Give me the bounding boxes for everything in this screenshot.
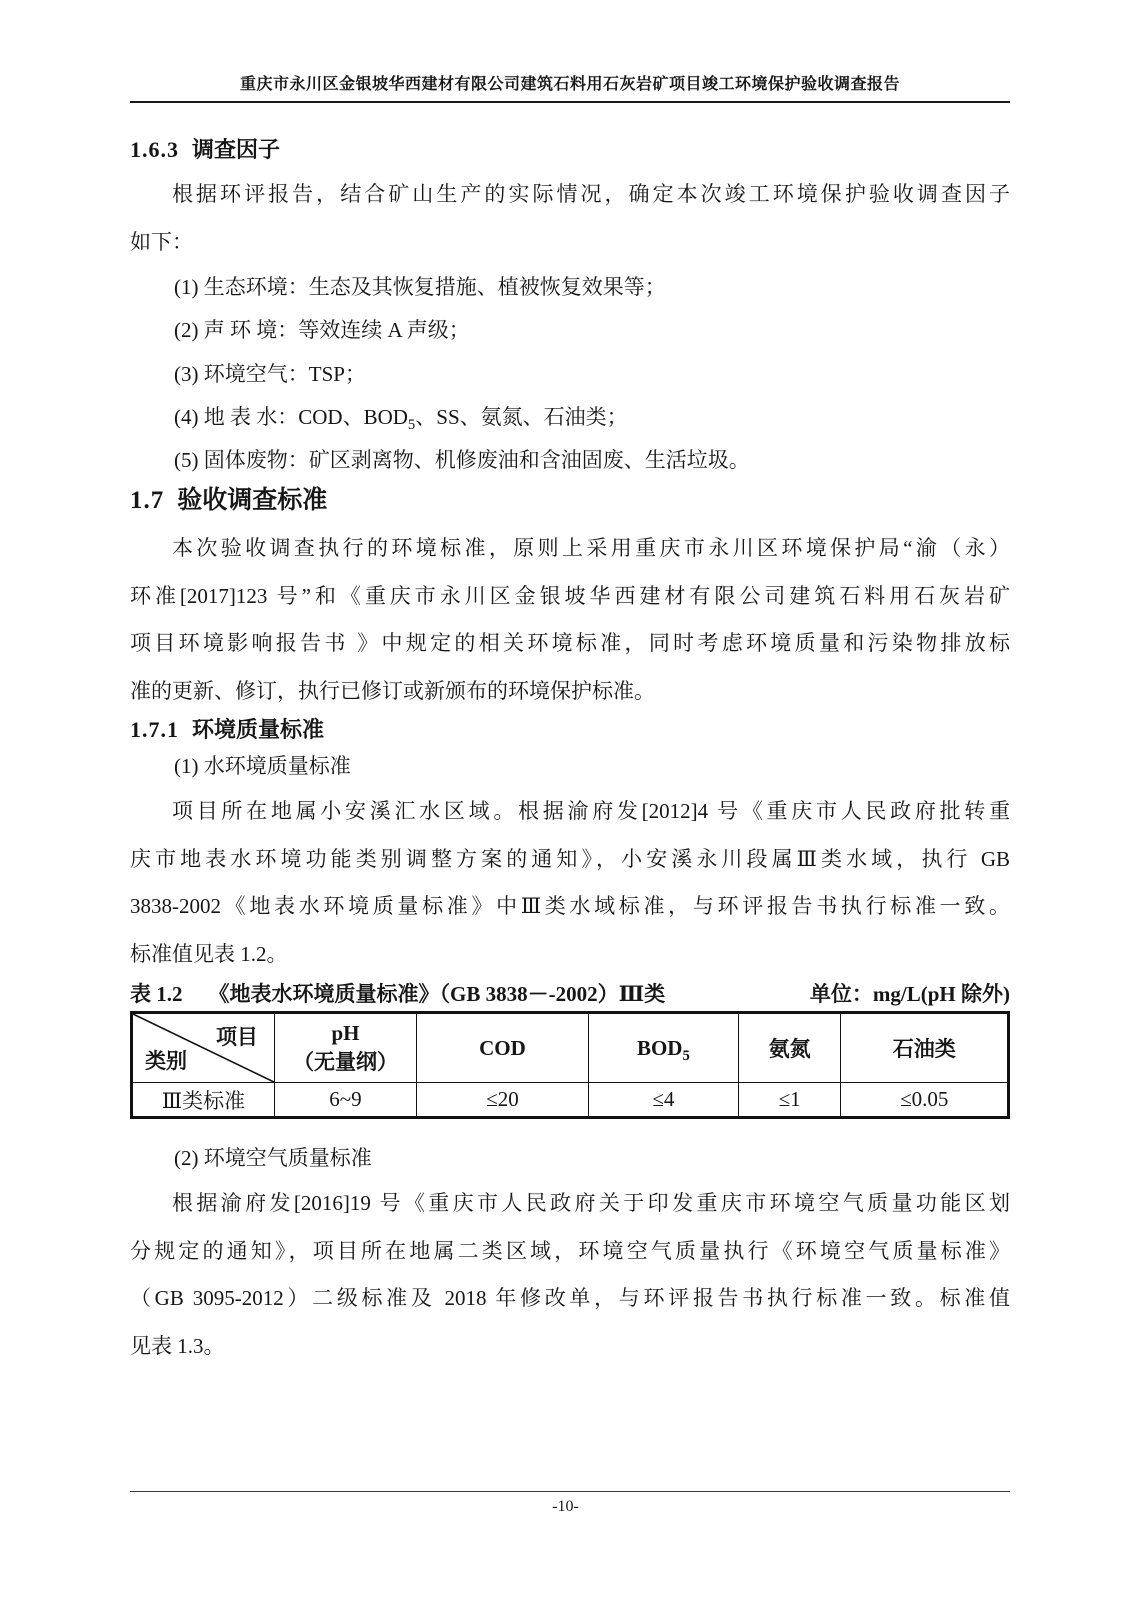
list-item-5: (5) 固体废物：矿区剥离物、机修废油和含油固废、生活垃圾。 [130, 439, 1010, 482]
paragraph-line: 项目环境影响报告书 》中规定的相关环境标准，同时考虑环境质量和污染物排放标 [130, 620, 1010, 668]
table-1-2: 项目 类别 pH （无量纲） COD BOD5 氨氮 石油类 Ⅲ类标准 6~9 … [130, 1011, 1010, 1119]
corner-label-category: 类别 [145, 1045, 187, 1075]
column-header-bod5: BOD5 [588, 1013, 738, 1083]
paragraph-line: 庆市地表水环境功能类别调整方案的通知》，小安溪永川段属Ⅲ类水域，执行 GB [130, 836, 1010, 884]
paragraph-line: 根据环评报告，结合矿山生产的实际情况，确定本次竣工环境保护验收调查因子 [130, 171, 1010, 219]
page-header-title: 重庆市永川区金银坡华西建材有限公司建筑石料用石灰岩矿项目竣工环境保护验收调查报告 [130, 74, 1010, 96]
section-1-6-3-paragraph: 根据环评报告，结合矿山生产的实际情况，确定本次竣工环境保护验收调查因子 如下： [130, 171, 1010, 266]
section-heading-1-7-1: 1.7.1环境质量标准 [130, 715, 1010, 745]
subsection-label-water: (1) 水环境质量标准 [130, 745, 1010, 788]
list-item-2: (2) 声 环 境：等效连续 A 声级； [130, 309, 1010, 352]
caption-title: 《地表水环境质量标准》（GB 3838－-2002）Ⅲ类 [209, 982, 666, 1006]
list-item-4: (4) 地 表 水：COD、BOD5、SS、氨氮、石油类； [130, 396, 1010, 439]
page-content: 重庆市永川区金银坡华西建材有限公司建筑石料用石灰岩矿项目竣工环境保护验收调查报告… [0, 0, 1131, 1370]
section-title: 验收调查标准 [177, 487, 327, 514]
section-title: 调查因子 [192, 137, 280, 162]
list-item-3: (3) 环境空气：TSP； [130, 353, 1010, 396]
paragraph-line: 本次验收调查执行的环境标准，原则上采用重庆市永川区环境保护局“渝（永） [130, 525, 1010, 573]
water-standard-paragraph: 项目所在地属小安溪汇水区域。根据渝府发[2012]4 号《重庆市人民政府批转重 … [130, 788, 1010, 978]
column-header-nh3n: 氨氮 [738, 1013, 841, 1083]
bod5-subscript: 5 [682, 1048, 689, 1064]
paragraph-line: 准的更新、修订，执行已修订或新颁布的环境保护标准。 [130, 668, 1010, 716]
list-item-4-text: (4) 地 表 水：COD、BOD [174, 405, 408, 429]
cell-bod-value: ≤4 [588, 1083, 738, 1118]
caption-left: 表 1.2《地表水环境质量标准》（GB 3838－-2002）Ⅲ类 [130, 980, 665, 1008]
cell-nh3n-value: ≤1 [738, 1083, 841, 1118]
survey-factor-list: (1) 生态环境：生态及其恢复措施、植被恢复效果等； (2) 声 环 境：等效连… [130, 266, 1010, 482]
cell-cod-value: ≤20 [417, 1083, 589, 1118]
caption-label: 表 1.2 [130, 982, 183, 1006]
column-header-oil: 石油类 [841, 1013, 1009, 1083]
list-item-4-text-cont: 、SS、氨氮、石油类； [415, 405, 627, 429]
table-1-2-caption: 表 1.2《地表水环境质量标准》（GB 3838－-2002）Ⅲ类 单位：mg/… [130, 980, 1010, 1008]
section-number: 1.6.3 [130, 137, 179, 162]
header-rule [130, 101, 1010, 103]
paragraph-line: 分规定的通知》，项目所在地属二类区域，环境空气质量执行《环境空气质量标准》 [130, 1228, 1010, 1276]
footer-rule [130, 1491, 1010, 1492]
paragraph-line: 标准值见表 1.2。 [130, 931, 1010, 979]
paragraph-line: 根据渝府发[2016]19 号《重庆市人民政府关于印发重庆市环境空气质量功能区划 [130, 1180, 1010, 1228]
column-header-cod: COD [417, 1013, 589, 1083]
subsection-label-air: (2) 环境空气质量标准 [130, 1137, 1010, 1180]
table-header-row: 项目 类别 pH （无量纲） COD BOD5 氨氮 石油类 [132, 1013, 1009, 1083]
section-heading-1-6-3: 1.6.3调查因子 [130, 135, 1010, 165]
list-item-1: (1) 生态环境：生态及其恢复措施、植被恢复效果等； [130, 266, 1010, 309]
paragraph-line: 见表 1.3。 [130, 1323, 1010, 1371]
paragraph-line: 3838-2002《地表水环境质量标准》中Ⅲ类水域标准，与环评报告书执行标准一致… [130, 883, 1010, 931]
section-number: 1.7 [130, 487, 164, 514]
caption-unit: 单位：mg/L(pH 除外) [810, 980, 1010, 1008]
page-number: -10- [0, 1496, 1131, 1518]
document-page: 重庆市永川区金银坡华西建材有限公司建筑石料用石灰岩矿项目竣工环境保护验收调查报告… [0, 0, 1131, 1600]
section-heading-1-7: 1.7验收调查标准 [130, 484, 1010, 518]
cell-class-label: Ⅲ类标准 [132, 1083, 275, 1118]
column-header-ph: pH （无量纲） [274, 1013, 416, 1083]
cell-ph-value: 6~9 [274, 1083, 416, 1118]
section-title: 环境质量标准 [192, 717, 324, 742]
cell-oil-value: ≤0.05 [841, 1083, 1009, 1118]
air-standard-paragraph: 根据渝府发[2016]19 号《重庆市人民政府关于印发重庆市环境空气质量功能区划… [130, 1180, 1010, 1370]
section-number: 1.7.1 [130, 717, 179, 742]
paragraph-line: 如下： [130, 219, 1010, 267]
table-row: Ⅲ类标准 6~9 ≤20 ≤4 ≤1 ≤0.05 [132, 1083, 1009, 1118]
paragraph-line: 环准[2017]123 号”和《重庆市永川区金银坡华西建材有限公司建筑石料用石灰… [130, 573, 1010, 621]
section-1-7-paragraph: 本次验收调查执行的环境标准，原则上采用重庆市永川区环境保护局“渝（永） 环准[2… [130, 525, 1010, 715]
paragraph-line: （GB 3095-2012）二级标准及 2018 年修改单，与环评报告书执行标准… [130, 1275, 1010, 1323]
bod-label: BOD [637, 1036, 683, 1060]
paragraph-line: 项目所在地属小安溪汇水区域。根据渝府发[2012]4 号《重庆市人民政府批转重 [130, 788, 1010, 836]
table-corner-cell: 项目 类别 [132, 1013, 275, 1083]
corner-label-item: 项目 [216, 1021, 258, 1051]
